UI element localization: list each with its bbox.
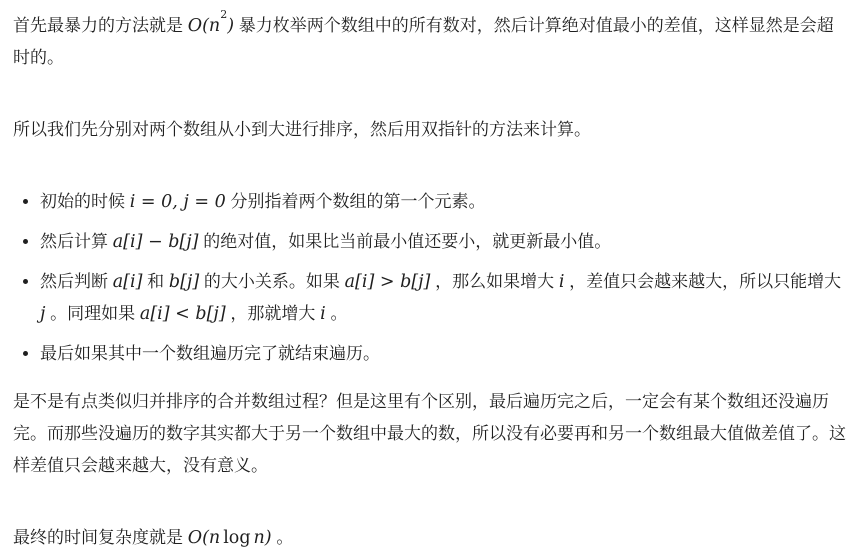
math-open: O(n — [188, 528, 220, 548]
text-run: ，差值只会越来越大，所以只能增大 — [564, 272, 841, 291]
text-run: 。 — [272, 528, 294, 547]
inline-math-a-less-b: a[i] < b[j] — [140, 304, 226, 324]
list-item-termination: 最后如果其中一个数组遍历完了就结束遍历。 — [40, 338, 846, 370]
article-body: 首先最暴力的方法就是 O(n2) 暴力枚举两个数组中的所有数对，然后计算绝对值最… — [0, 0, 854, 555]
text-run: ，那就增大 — [226, 304, 320, 323]
algorithm-steps-list: 初始的时候 i = 0, j = 0 分别指着两个数组的第一个元素。 然后计算 … — [13, 186, 846, 370]
inline-math-big-o-n-squared: O(n2) — [188, 16, 234, 36]
text-run: 分别指着两个数组的第一个元素。 — [226, 192, 486, 211]
paragraph-brute-force: 首先最暴力的方法就是 O(n2) 暴力枚举两个数组中的所有数对，然后计算绝对值最… — [13, 5, 846, 74]
inline-math-b-j: b[j] — [169, 272, 199, 292]
inline-math-init-i-j: i = 0, j = 0 — [130, 192, 226, 212]
math-close: n) — [254, 528, 272, 548]
math-log-operator: log — [223, 528, 250, 548]
superscript-2: 2 — [220, 8, 227, 21]
text-run: 的大小关系。如果 — [199, 272, 344, 291]
text-run: 的绝对值，如果比当前最小值还要小，就更新最小值。 — [199, 232, 612, 251]
text-run: 然后计算 — [40, 232, 113, 251]
inline-math-a-i: a[i] — [113, 272, 143, 292]
paragraph-time-complexity: 最终的时间复杂度就是 O(nlogn) 。 — [13, 522, 846, 554]
text-run: 和 — [142, 272, 168, 291]
paragraph-merge-sort-analogy: 是不是有点类似归并排序的合并数组过程？但是这里有个区别，最后遍历完之后，一定会有… — [13, 386, 846, 482]
math-open: O(n — [188, 16, 220, 36]
text-run: 。 — [326, 304, 348, 323]
paragraph-sort-two-pointers: 所以我们先分别对两个数组从小到大进行排序，然后用双指针的方法来计算。 — [13, 114, 846, 146]
inline-math-a-greater-b: a[i] > b[j] — [345, 272, 431, 292]
text-run: ，那么如果增大 — [430, 272, 558, 291]
text-run: 然后判断 — [40, 272, 113, 291]
text-run: 首先最暴力的方法就是 — [13, 16, 188, 35]
text-run: 初始的时候 — [40, 192, 130, 211]
inline-math-abs-diff: a[i] − b[j] — [113, 232, 199, 252]
list-item-compute-abs-diff: 然后计算 a[i] − b[j] 的绝对值，如果比当前最小值还要小，就更新最小值… — [40, 226, 846, 258]
list-item-init-pointers: 初始的时候 i = 0, j = 0 分别指着两个数组的第一个元素。 — [40, 186, 846, 218]
text-run: 最终的时间复杂度就是 — [13, 528, 188, 547]
inline-math-big-o-nlogn: O(nlogn) — [188, 528, 272, 548]
math-close: ) — [227, 16, 234, 36]
text-run: 。同理如果 — [45, 304, 139, 323]
list-item-compare-move-pointer: 然后判断 a[i] 和 b[j] 的大小关系。如果 a[i] > b[j] ，那… — [40, 266, 846, 330]
